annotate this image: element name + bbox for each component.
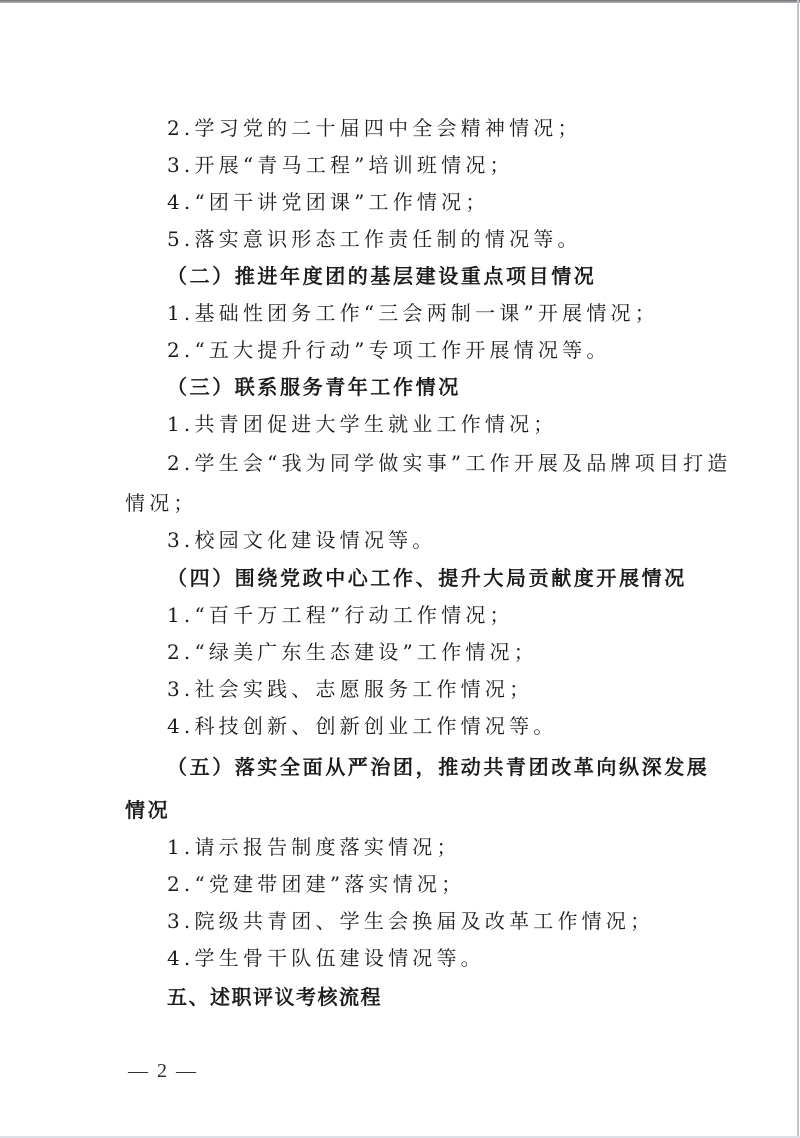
list-item: 1.共青团促进大学生就业工作情况； <box>167 411 557 437</box>
list-item: 4.科技创新、创新创业工作情况等。 <box>167 713 557 739</box>
list-item: 2.“绿美广东生态建设”工作情况； <box>167 639 538 665</box>
list-item: 3.院级共青团、学生会换届及改革工作情况； <box>167 908 654 934</box>
subheading: （三）联系服务青年工作情况 <box>167 374 461 400</box>
subheading: （二）推进年度团的基层建设重点项目情况 <box>167 263 596 289</box>
subheading: （五）落实全面从严治团，推动共青团改革向纵深发展 <box>167 754 709 780</box>
page-number: — 2 — <box>128 1060 198 1083</box>
list-item-continuation: 情况； <box>125 490 198 516</box>
scan-edge-top <box>0 0 800 3</box>
subheading-continuation: 情况 <box>125 797 170 823</box>
list-item: 5.落实意识形态工作责任制的情况等。 <box>167 226 582 252</box>
list-item: 1.基础性团务工作“三会两制一课”开展情况； <box>167 300 659 326</box>
list-item: 2.学生会“我为同学做实事”工作开展及品牌项目打造 <box>167 450 732 476</box>
subheading: （四）围绕党政中心工作、提升大局贡献度开展情况 <box>167 565 687 591</box>
list-item: 3.开展“青马工程”培训班情况； <box>167 152 514 178</box>
list-item: 2.学习党的二十届四中全会精神情况； <box>167 115 582 141</box>
scan-edge-right <box>797 0 799 1138</box>
list-item: 4.学生骨干队伍建设情况等。 <box>167 945 485 971</box>
list-item: 2.“党建带团建”落实情况； <box>167 871 465 897</box>
list-item: 3.社会实践、志愿服务工作情况； <box>167 676 533 702</box>
list-item: 3.校园文化建设情况等。 <box>167 527 436 553</box>
list-item: 2.“五大提升行动”专项工作开展情况等。 <box>167 337 611 363</box>
list-item: 1.请示报告制度落实情况； <box>167 834 461 860</box>
list-item: 4.“团干讲党团课”工作情况； <box>167 189 490 215</box>
list-item: 1.“百千万工程”行动工作情况； <box>167 602 514 628</box>
section-heading: 五、述职评议考核流程 <box>167 984 382 1010</box>
